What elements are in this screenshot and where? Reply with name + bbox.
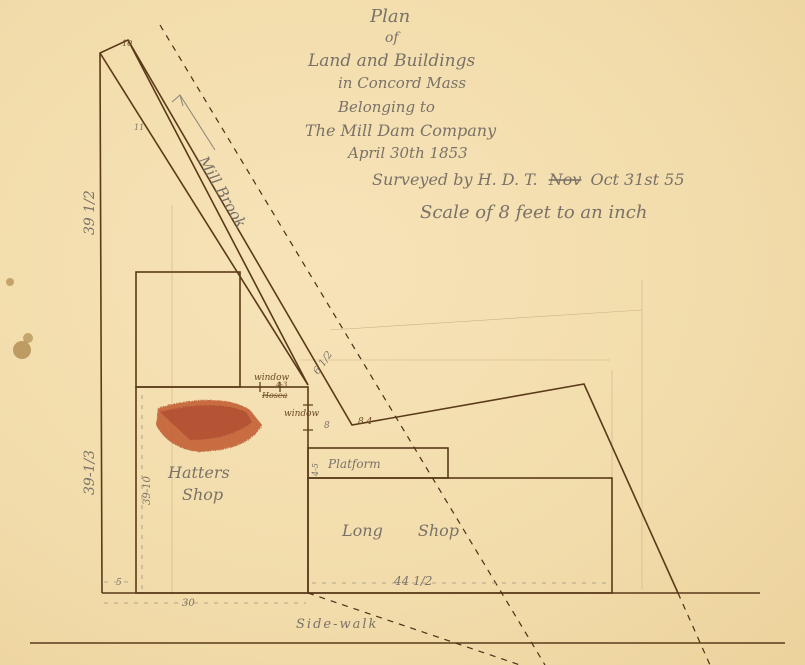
survey-sheet: Plan of Land and Buildings in Concord Ma…	[0, 0, 805, 665]
title-line-4: in Concord Mass	[338, 74, 466, 92]
hatters-shop-label-2: Shop	[182, 485, 223, 504]
stains	[6, 278, 33, 359]
dim-left-lower: 39-1/3	[82, 450, 98, 495]
plan-labels: Mill Brook Hatters Shop Platform Long Sh…	[167, 152, 459, 632]
window-side-label: window	[284, 409, 320, 419]
title-line-6: The Mill Dam Company	[305, 121, 497, 140]
window-marks	[260, 382, 313, 430]
dim-front-hatters: 30	[182, 598, 195, 609]
scale-note: Scale of 8 feet to an inch	[420, 202, 647, 223]
surveyed-by: Surveyed by H. D. T. Nov Oct 31st 55	[372, 170, 685, 189]
title-block: Plan of Land and Buildings in Concord Ma…	[305, 6, 685, 223]
sidewalk-label: Side-walk	[296, 617, 378, 632]
platform-label: Platform	[327, 457, 381, 471]
window-dim-label: 4-3	[275, 381, 288, 389]
dim-top-width: 10	[122, 39, 132, 48]
struck-word: Hosea	[261, 391, 288, 400]
title-line-1: Plan	[369, 6, 410, 27]
plan-drawing: Plan of Land and Buildings in Concord Ma…	[0, 0, 805, 665]
dim-gap: 5	[116, 578, 122, 588]
flow-arrow-icon	[172, 95, 215, 150]
title-line-3: Land and Buildings	[307, 51, 475, 71]
dim-corner-diag: 6 1/2	[311, 349, 335, 376]
long-shop-label: Long Shop	[341, 521, 459, 540]
title-line-2: of	[385, 30, 401, 46]
hatters-shop-label-1: Hatters	[167, 463, 230, 482]
title-line-7: April 30th 1853	[346, 144, 468, 162]
dim-left-upper: 39 1/2	[82, 190, 98, 235]
dim-brook-mid: 11	[134, 123, 144, 132]
dim-platform: 4-5	[311, 463, 320, 477]
dim-hatters-height: 39-10	[142, 476, 153, 505]
dim-side: 8	[324, 421, 330, 431]
title-line-5: Belonging to	[337, 98, 435, 116]
dim-front-long-shop: 44 1/2	[393, 574, 432, 588]
dim-brook-end: 8 4	[358, 417, 373, 427]
